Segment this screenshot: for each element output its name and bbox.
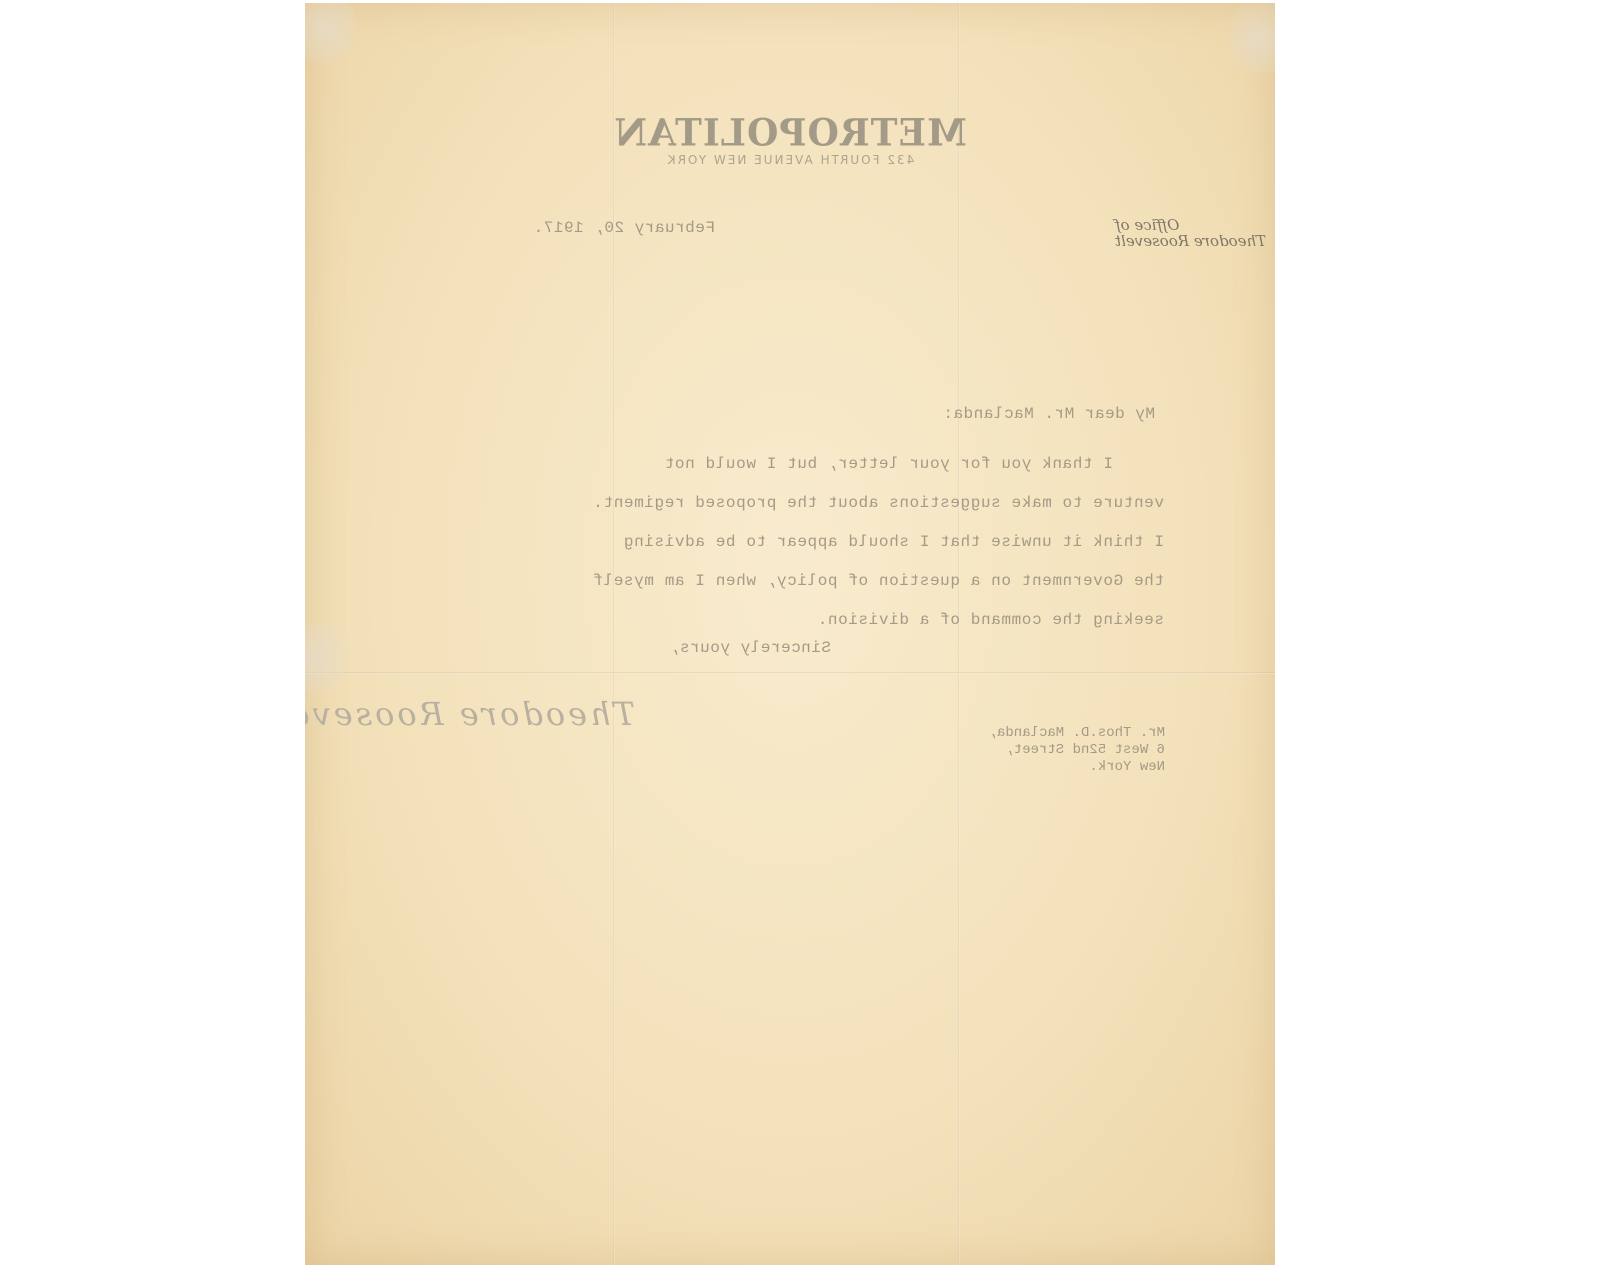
recipient-address: Mr. Thos.D. Maclanda, 6 West 52nd Street… — [989, 725, 1165, 776]
body-line: I think it unwise that I should appear t… — [593, 523, 1164, 562]
letterhead-address: 432 FOURTH AVENUE NEW YORK — [305, 153, 1275, 167]
salutation: My dear Mr. Maclanda: — [943, 405, 1155, 423]
letter-date: February 20, 1917. — [533, 219, 715, 237]
letterhead: METROPOLITAN 432 FOURTH AVENUE NEW YORK — [305, 115, 1275, 167]
corner-wear — [1230, 3, 1275, 73]
body-line: venture to make suggestions about the pr… — [593, 484, 1164, 523]
body-line: the Government on a question of policy, … — [593, 562, 1164, 601]
body-line: I thank you for your letter, but I would… — [593, 445, 1164, 484]
body-line: seeking the command of a division. — [593, 601, 1164, 640]
office-line: Office of — [1115, 217, 1275, 233]
letterhead-title: METROPOLITAN — [305, 114, 1275, 152]
corner-wear — [305, 3, 355, 63]
address-line: 6 West 52nd Street, — [989, 742, 1165, 759]
horizontal-fold — [305, 672, 1275, 674]
edge-wear — [305, 623, 345, 693]
closing: Sincerely yours, — [669, 639, 831, 657]
office-of-block: Office of Theodore Roosevelt — [1115, 217, 1275, 249]
letter-body: I thank you for your letter, but I would… — [593, 445, 1164, 640]
signature: Theodore Roosevelt — [305, 695, 635, 733]
address-line: Mr. Thos.D. Maclanda, — [989, 725, 1165, 742]
address-line: New York. — [989, 759, 1165, 776]
office-line: Theodore Roosevelt — [1115, 233, 1275, 249]
letter-page: METROPOLITAN 432 FOURTH AVENUE NEW YORK … — [305, 3, 1275, 1265]
